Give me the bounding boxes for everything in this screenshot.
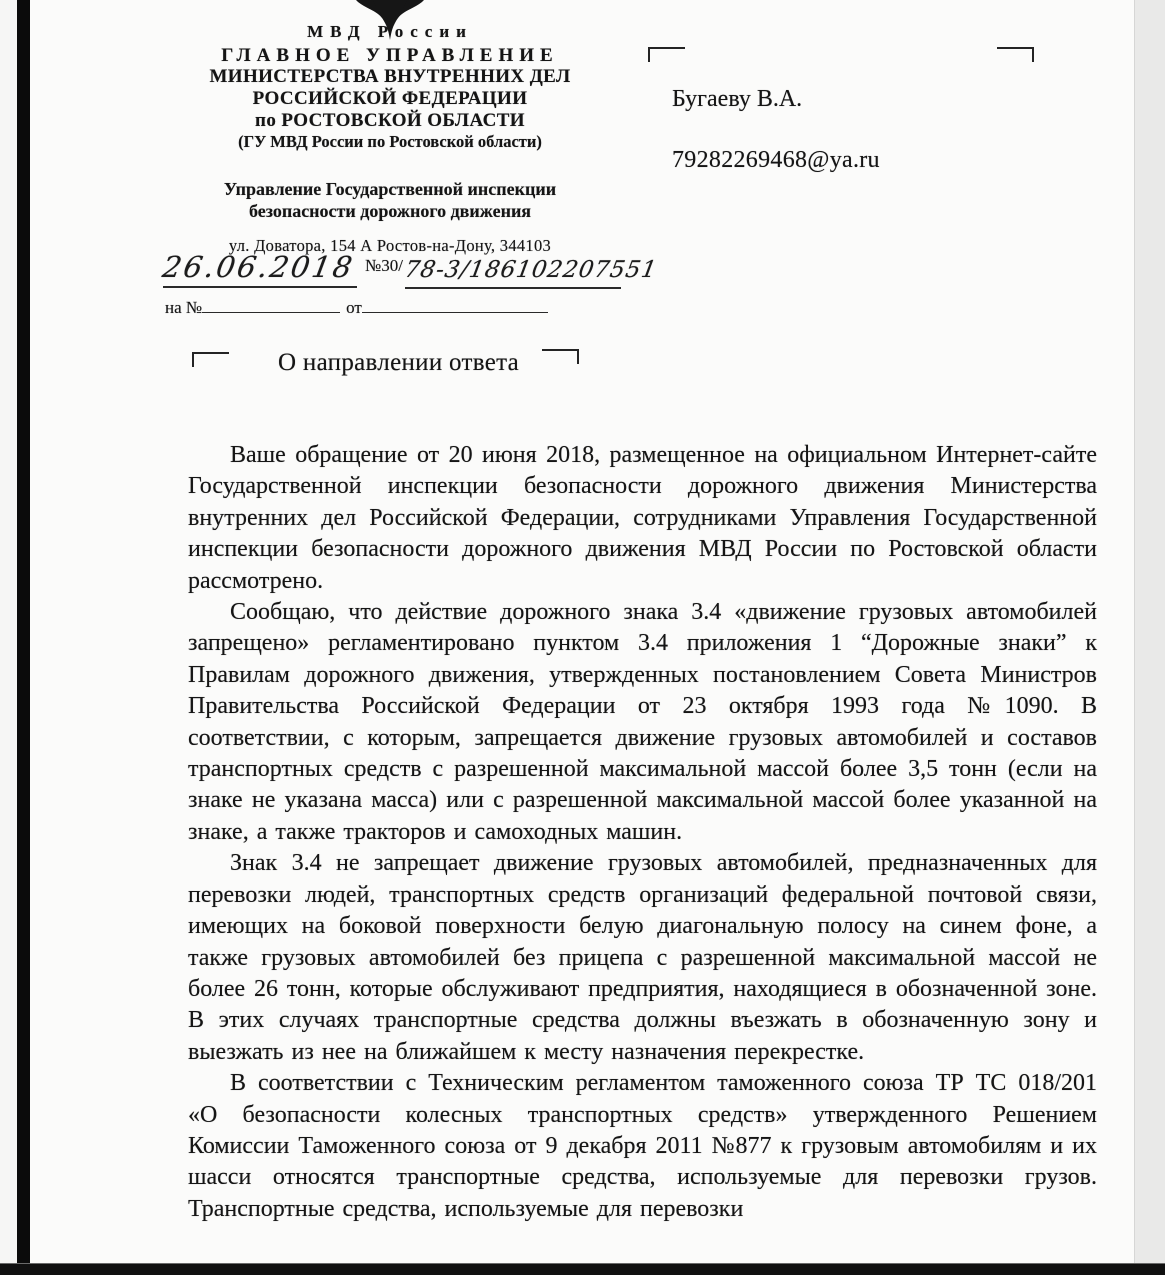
handwritten-outgoing-number: 78-3/186102207551 xyxy=(403,257,660,283)
division-name: Управление Государственной инспекции без… xyxy=(150,178,630,223)
recipient-name: Бугаеву В.А. xyxy=(672,86,880,113)
org-name-line: МИНИСТЕРСТВА ВНУТРЕННИХ ДЕЛ xyxy=(150,66,630,88)
body-paragraph: Сообщаю, что действие дорожного знака 3.… xyxy=(188,597,1097,848)
recipient-corner-mark-right xyxy=(997,47,1034,62)
division-name-line: Управление Государственной инспекции xyxy=(150,178,630,201)
division-name-line: безопасности дорожного движения xyxy=(150,200,630,223)
scanned-letter-page: МВД России ГЛАВНОЕ УПРАВЛЕНИЕ МИНИСТЕРСТ… xyxy=(0,0,1165,1275)
body-paragraph: В соответствии с Техническим регламентом… xyxy=(188,1068,1097,1225)
outgoing-date-number-row: 26.06.2018№30/78-3/186102207551 xyxy=(163,250,633,289)
reference-number-blank xyxy=(202,296,340,313)
handwritten-date-underline: 26.06.2018 xyxy=(163,250,357,288)
scan-left-edge-bar xyxy=(17,0,30,1266)
coat-of-arms-emblem-icon xyxy=(352,0,428,40)
recipient-email: 79282269468@ya.ru xyxy=(672,147,880,174)
handwritten-date: 26.06.2018 xyxy=(160,250,357,284)
scan-right-strip xyxy=(1134,0,1165,1275)
org-name-line: по РОСТОВСКОЙ ОБЛАСТИ xyxy=(150,110,630,132)
reference-number-label: на № xyxy=(165,298,202,317)
org-short-name-line: (ГУ МВД России по Ростовской области) xyxy=(150,133,630,152)
reference-line: на №от xyxy=(165,296,548,318)
scan-bottom-edge-bar xyxy=(0,1263,1165,1275)
org-name-line: ГЛАВНОЕ УПРАВЛЕНИЕ xyxy=(150,45,630,67)
org-name-line: РОССИЙСКОЙ ФЕДЕРАЦИИ xyxy=(150,88,630,110)
subject-corner-mark-left xyxy=(192,352,229,367)
reference-date-blank xyxy=(362,296,548,313)
body-paragraph: Знак 3.4 не запрещает движение грузовых … xyxy=(188,848,1097,1068)
recipient-block: Бугаеву В.А. 79282269468@ya.ru xyxy=(672,86,880,174)
reference-date-label: от xyxy=(346,298,362,317)
recipient-corner-mark-left xyxy=(648,47,685,62)
scan-left-margin xyxy=(0,0,17,1275)
letterhead: МВД России ГЛАВНОЕ УПРАВЛЕНИЕ МИНИСТЕРСТ… xyxy=(150,22,630,223)
letter-body: Ваше обращение от 20 июня 2018, размещен… xyxy=(188,440,1097,1225)
handwritten-number-underline: 78-3/186102207551 xyxy=(405,257,621,289)
letter-subject: О направлении ответа xyxy=(278,349,519,377)
subject-corner-mark-right xyxy=(542,349,579,364)
body-paragraph: Ваше обращение от 20 июня 2018, размещен… xyxy=(188,440,1097,597)
outgoing-number-prefix: №30/ xyxy=(365,256,403,276)
